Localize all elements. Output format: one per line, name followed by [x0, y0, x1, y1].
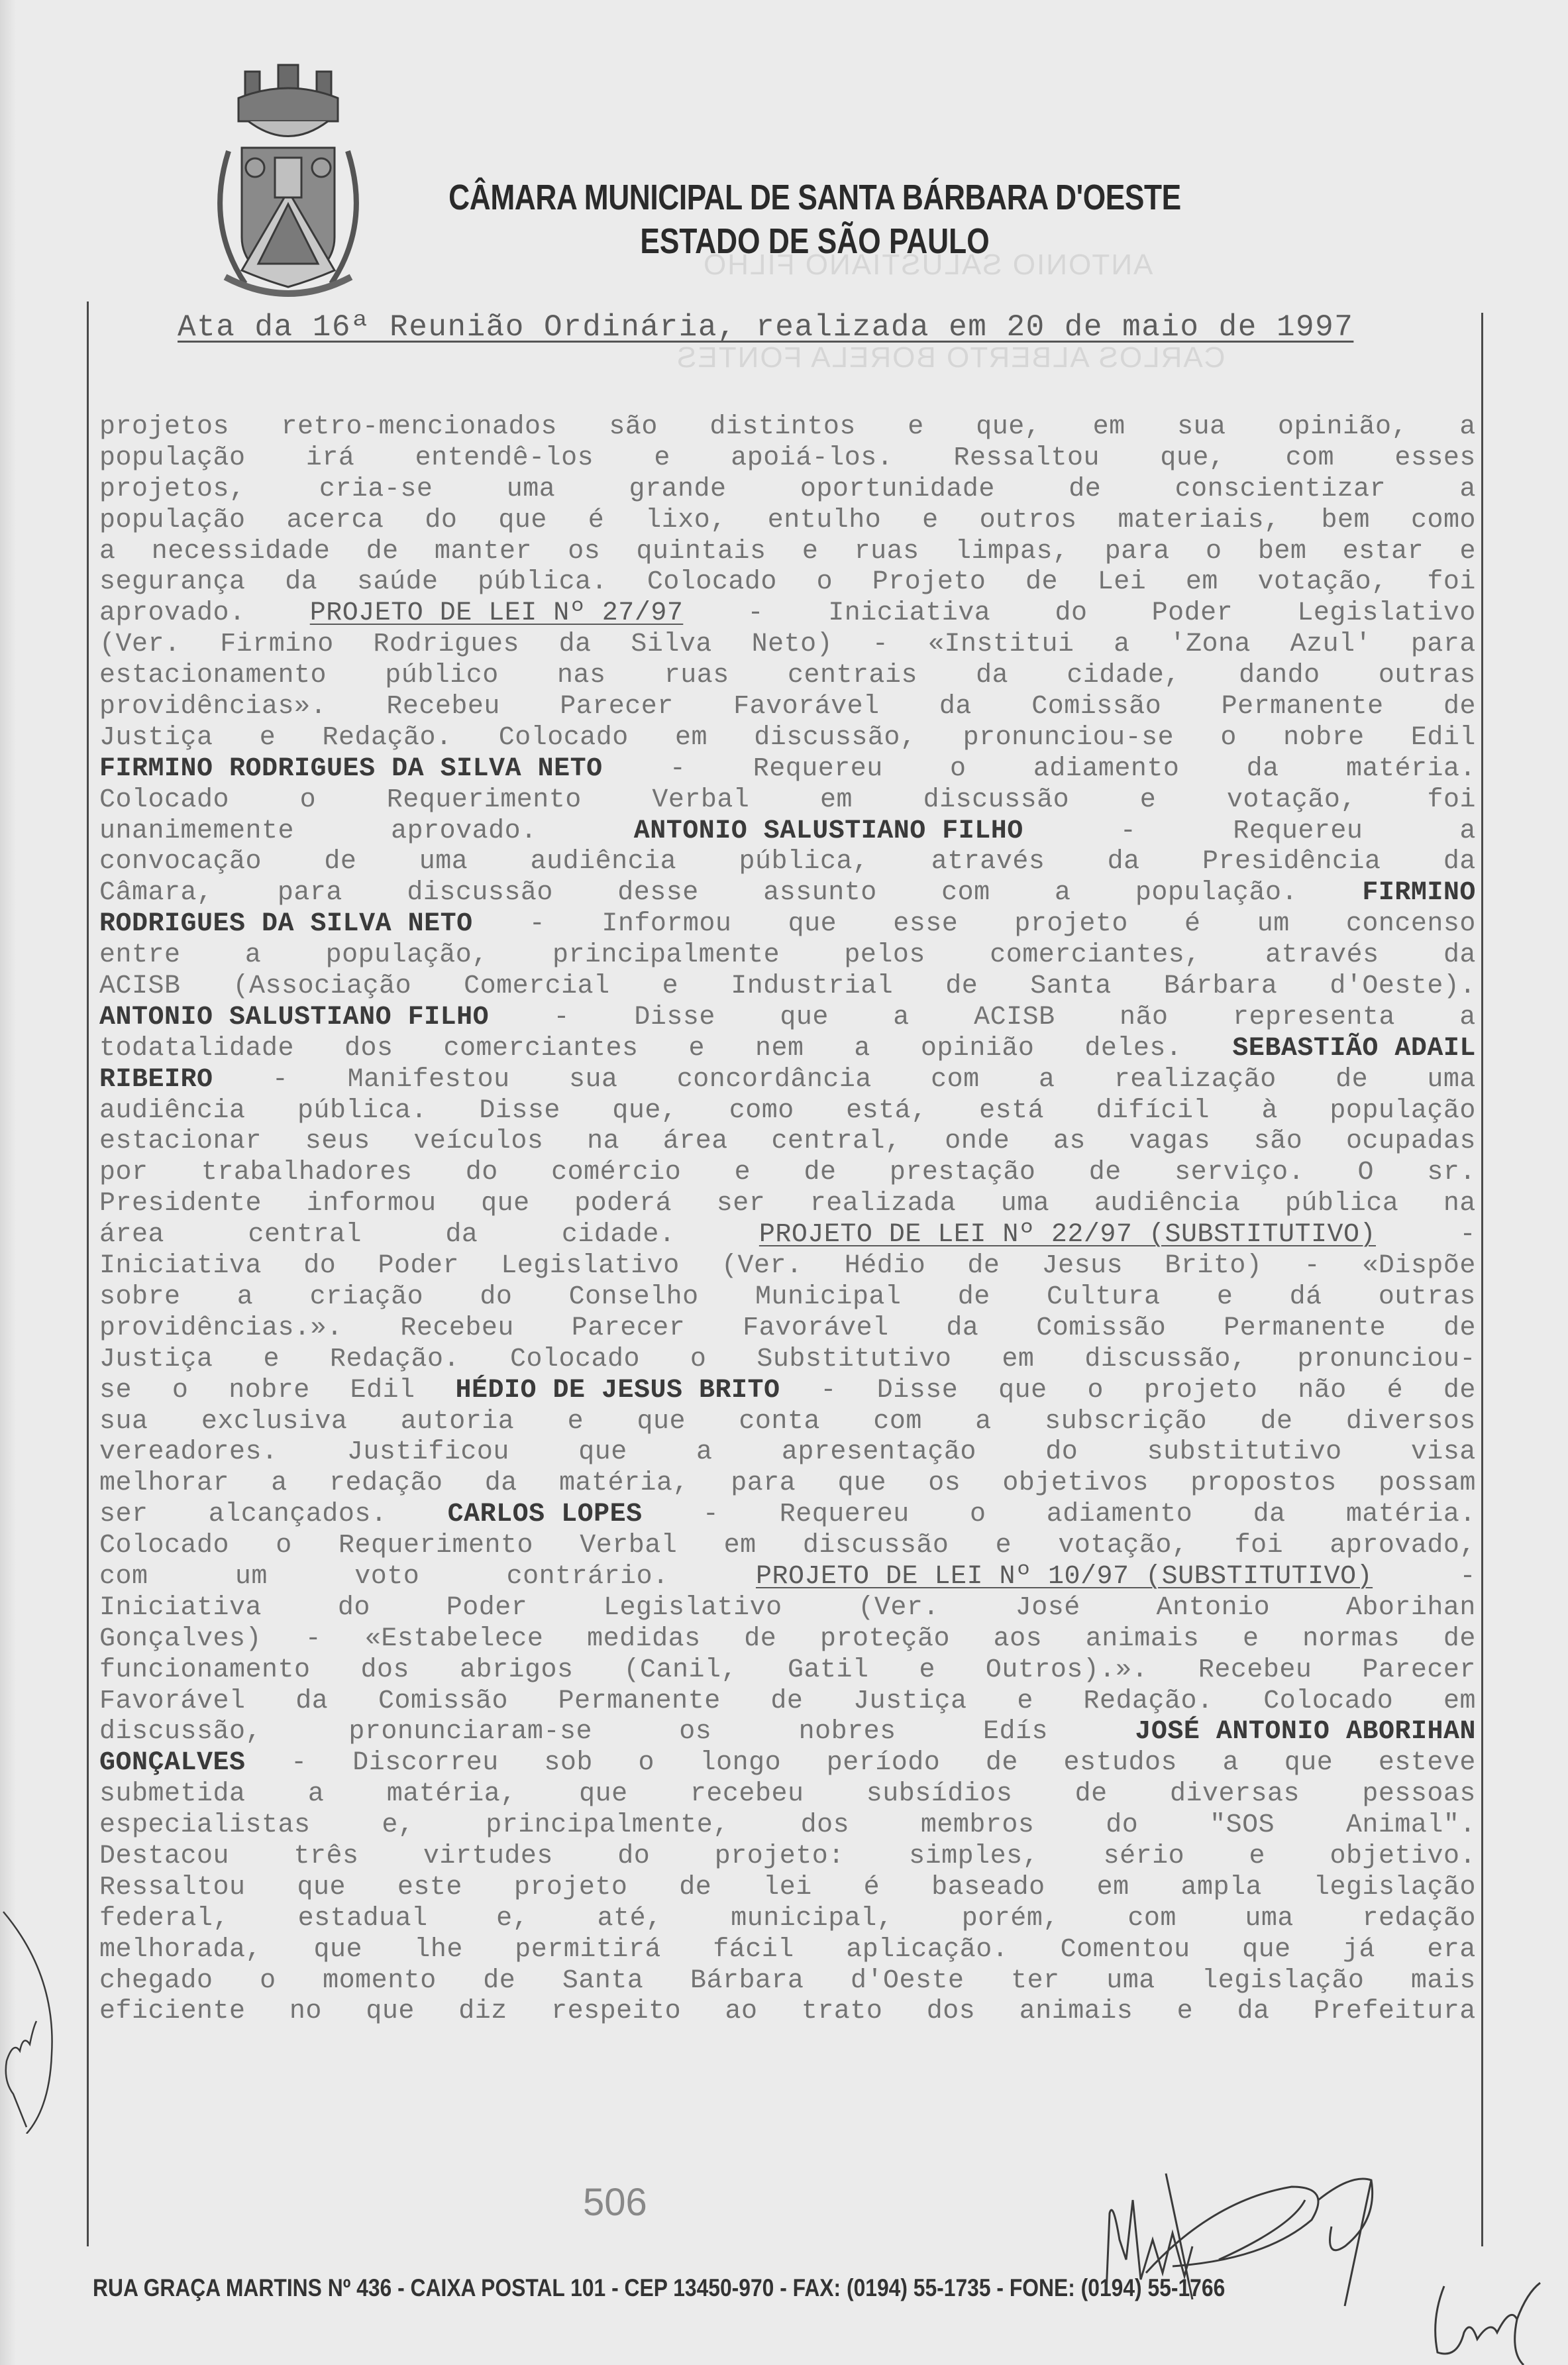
- word: projeto: [514, 1873, 628, 1904]
- word: virtudes: [423, 1842, 553, 1873]
- word: outras: [1379, 661, 1476, 692]
- word: e: [568, 1407, 584, 1438]
- word: funcionamento: [99, 1655, 311, 1686]
- word: deles.: [1084, 1034, 1182, 1065]
- word: convocação: [99, 847, 262, 878]
- word: opinião: [921, 1034, 1035, 1065]
- word: que: [366, 1997, 415, 2028]
- word: Edís: [983, 1717, 1048, 1748]
- word: Recebeu: [386, 692, 500, 723]
- word: aprovado.: [99, 598, 246, 630]
- word: a: [1459, 412, 1476, 443]
- word: respeito: [551, 1997, 681, 2028]
- word: e: [263, 1345, 280, 1376]
- word: (Ver.: [99, 630, 181, 661]
- word: Requereu: [1233, 816, 1363, 848]
- word: e,: [382, 1810, 414, 1842]
- word: são: [1254, 1127, 1303, 1158]
- word: audiência: [531, 847, 677, 878]
- word: comércio: [551, 1158, 681, 1189]
- word: ruas: [664, 661, 729, 692]
- word: Requereu: [780, 1500, 910, 1531]
- text-line: projetos,cria-seumagrandeoportunidadedec…: [99, 474, 1476, 506]
- text-line: entreapopulação,principalmentepeloscomer…: [99, 940, 1476, 971]
- word: ruas: [855, 537, 919, 568]
- word: Bárbara: [690, 1966, 804, 1997]
- word: realização: [1114, 1065, 1277, 1096]
- word: Informou: [601, 909, 731, 940]
- word: redação: [329, 1468, 443, 1500]
- word: diversos: [1346, 1407, 1476, 1438]
- word: Disse: [877, 1376, 959, 1407]
- word: substitutivo: [1147, 1437, 1342, 1468]
- text-line: Destacoutrêsvirtudesdoprojeto:simples,sé…: [99, 1842, 1476, 1873]
- text-line: Câmara,paradiscussãodesseassuntocomapopu…: [99, 878, 1476, 909]
- text-line: comumvotocontrário.PROJETO DE LEI Nº 10/…: [99, 1562, 1476, 1593]
- text-line: sobreacriaçãodoConselhoMunicipaldeCultur…: [99, 1282, 1476, 1313]
- word: «Estabelece: [365, 1624, 544, 1655]
- word: de: [1443, 692, 1476, 723]
- text-line: anecessidadedemanterosquintaiseruaslimpa…: [99, 537, 1476, 568]
- word: com: [931, 1065, 980, 1096]
- word: do: [1045, 1437, 1078, 1468]
- text-line: populaçãoiráentendê-loseapoiá-los.Ressal…: [99, 443, 1476, 474]
- word: área: [99, 1220, 164, 1251]
- word: da: [295, 1686, 328, 1718]
- speaker-name: CARLOS LOPES: [448, 1500, 643, 1531]
- word: Justiça: [99, 1345, 213, 1376]
- word: a: [696, 1437, 713, 1468]
- word: Legislativo: [501, 1251, 680, 1282]
- word: pronunciou-se: [963, 723, 1175, 754]
- word: discussão: [803, 1531, 949, 1562]
- word: cria-se: [319, 474, 433, 506]
- word: estacionamento: [99, 661, 327, 692]
- word: «Institui: [928, 630, 1074, 661]
- word: de: [804, 1158, 836, 1189]
- word: ao: [725, 1997, 758, 2028]
- word: de: [1260, 1407, 1292, 1438]
- word: Discorreu: [352, 1748, 499, 1779]
- word: Presidente: [99, 1189, 262, 1220]
- word: redação: [1362, 1904, 1476, 1935]
- word: seus: [305, 1127, 370, 1158]
- word: melhorada,: [99, 1935, 262, 1966]
- word: de: [1443, 1624, 1476, 1655]
- text-line: FavoráveldaComissãoPermanentedeJustiçaeR…: [99, 1686, 1476, 1718]
- word: pública: [1285, 1189, 1399, 1220]
- word: do: [303, 1251, 336, 1282]
- word: apresentação: [782, 1437, 976, 1468]
- text-line: discussão,pronunciaram-seosnobresEdísJOS…: [99, 1717, 1476, 1748]
- word: o: [300, 785, 317, 816]
- word: Cultura: [1047, 1282, 1161, 1313]
- word: que: [1284, 1748, 1333, 1779]
- word: lei: [763, 1873, 812, 1904]
- word: em: [820, 785, 853, 816]
- word: uma: [1001, 1189, 1050, 1220]
- coat-of-arms-icon: [199, 58, 378, 300]
- word: Brito): [1165, 1251, 1262, 1282]
- word: da: [559, 630, 592, 661]
- word: a: [975, 1407, 992, 1438]
- word: que: [498, 506, 547, 537]
- word: Presidência: [1202, 847, 1381, 878]
- institution-name: CÂMARA MUNICIPAL DE SANTA BÁRBARA D'OEST…: [440, 176, 1190, 219]
- text-line: populaçãoacercadoqueélixo,entulhoeoutros…: [99, 506, 1476, 537]
- word: está,: [846, 1096, 927, 1127]
- word: Parecer: [1362, 1655, 1476, 1686]
- word: manter: [435, 537, 532, 568]
- word: principalmente,: [486, 1810, 729, 1842]
- word: Recebeu: [400, 1313, 514, 1345]
- text-line: eficientenoquedizrespeitoaotratodosanima…: [99, 1997, 1476, 2028]
- text-line: submetidaamatéria,querecebeusubsídiosded…: [99, 1779, 1476, 1810]
- word: difícil: [1096, 1096, 1210, 1127]
- word: Favorável: [743, 1313, 889, 1345]
- word: Comercial: [464, 971, 610, 1003]
- word: estacionar: [99, 1127, 262, 1158]
- word: ser: [717, 1189, 766, 1220]
- word: distintos: [709, 412, 856, 443]
- word: Ressaltou: [99, 1873, 246, 1904]
- word: normas: [1302, 1624, 1400, 1655]
- text-line: vereadores.Justificouqueaapresentaçãodos…: [99, 1437, 1476, 1468]
- word: que: [481, 1189, 530, 1220]
- word: não: [1120, 1003, 1169, 1034]
- word: Parecer: [560, 692, 674, 723]
- initials-icon: [1418, 2280, 1550, 2365]
- word: através: [1265, 940, 1379, 971]
- word: permitirá: [515, 1935, 661, 1966]
- word: Justiça: [853, 1686, 967, 1718]
- word: Edil: [1411, 723, 1476, 754]
- word: Verbal: [580, 1531, 677, 1562]
- word: da: [1443, 847, 1476, 878]
- word: baseado: [931, 1873, 1045, 1904]
- word: pública.: [297, 1096, 427, 1127]
- word: projeto:: [715, 1842, 845, 1873]
- page-border-left: [87, 302, 89, 2246]
- word: em: [1093, 412, 1125, 443]
- word: e: [802, 537, 819, 568]
- word: Neto): [752, 630, 833, 661]
- word: melhorar: [99, 1468, 229, 1500]
- word: vereadores.: [99, 1437, 278, 1468]
- word: Azul': [1290, 630, 1372, 661]
- word: da: [1247, 754, 1279, 785]
- text-line: RIBEIRO-Manifestousuaconcordânciacomarea…: [99, 1065, 1476, 1096]
- speaker-name: GONÇALVES: [99, 1748, 246, 1779]
- word: ampla: [1181, 1873, 1263, 1904]
- bill-heading: PROJETO DE LEI Nº 22/97 (SUBSTITUTIVO): [759, 1220, 1376, 1251]
- word: proteção: [820, 1624, 950, 1655]
- speaker-name: ANTONIO SALUSTIANO FILHO: [634, 816, 1023, 848]
- word: a: [271, 1468, 287, 1500]
- word: outros: [980, 506, 1077, 537]
- word: -: [553, 1003, 570, 1034]
- word: medidas: [587, 1624, 701, 1655]
- word: de: [1089, 1158, 1122, 1189]
- word: comerciantes,: [990, 940, 1201, 971]
- word: a: [308, 1779, 325, 1810]
- word: projeto: [1014, 909, 1128, 940]
- word: porém,: [962, 1904, 1059, 1935]
- word: público: [385, 661, 499, 692]
- text-line: seonobreEdilHÉDIO DE JESUS BRITO-Dissequ…: [99, 1376, 1476, 1407]
- bleed-through-text: CARLOS ALBERTO BORELA FONTES: [676, 341, 1226, 374]
- word: Comissão: [1031, 692, 1161, 723]
- text-line: todatalidadedoscomerciantesenemaopiniãod…: [99, 1034, 1476, 1065]
- word: Poder: [446, 1593, 528, 1624]
- word: e: [1177, 1997, 1194, 2028]
- word: Colocado: [647, 567, 777, 598]
- word: assunto: [763, 878, 877, 909]
- word: todatalidade: [99, 1034, 294, 1065]
- word: Santa: [1030, 971, 1112, 1003]
- word: uma: [419, 847, 468, 878]
- word: da: [1237, 1997, 1269, 2028]
- text-line: aprovado.PROJETO DE LEI Nº 27/97-Iniciat…: [99, 598, 1476, 630]
- word: para: [278, 878, 342, 909]
- word: aprovado.: [391, 816, 537, 848]
- word: foi: [1235, 1531, 1284, 1562]
- word: concenso: [1346, 909, 1476, 940]
- word: da: [445, 1220, 478, 1251]
- text-line: suaexclusivaautoriaequecontacomasubscriç…: [99, 1407, 1476, 1438]
- word: até,: [598, 1904, 662, 1935]
- word: Conselho: [569, 1282, 699, 1313]
- word: subsídios: [866, 1779, 1013, 1810]
- word: federal,: [99, 1904, 229, 1935]
- speaker-name: ANTONIO SALUSTIANO FILHO: [99, 1003, 489, 1034]
- word: Substitutivo: [757, 1345, 951, 1376]
- word: com: [941, 878, 990, 909]
- word: quintais: [637, 537, 766, 568]
- word: -: [305, 1624, 322, 1655]
- word: pronunciou-: [1297, 1345, 1476, 1376]
- word: já: [1343, 1935, 1375, 1966]
- word: Antonio: [1157, 1593, 1271, 1624]
- word: sob: [544, 1748, 593, 1779]
- word: -: [1304, 1251, 1321, 1282]
- word: o: [276, 1531, 292, 1562]
- word: aplicação.: [846, 1935, 1008, 1966]
- word: que: [313, 1935, 362, 1966]
- word: Aborihan: [1346, 1593, 1476, 1624]
- word: da: [1443, 940, 1476, 971]
- word: Requereu: [753, 754, 883, 785]
- word: Requerimento: [387, 785, 582, 816]
- word: Colocado: [99, 1531, 229, 1562]
- word: bem: [1322, 506, 1371, 537]
- word: audiência: [1094, 1189, 1241, 1220]
- word: Colocado: [499, 723, 629, 754]
- word: Parecer: [572, 1313, 686, 1345]
- word: Ressaltou: [954, 443, 1100, 474]
- word: autoria: [401, 1407, 515, 1438]
- speaker-name: RIBEIRO: [99, 1065, 213, 1096]
- word: bem: [1258, 537, 1307, 568]
- word: a: [1459, 474, 1476, 506]
- word: e: [260, 723, 276, 754]
- word: trato: [802, 1997, 883, 2028]
- word: (Associação: [233, 971, 412, 1003]
- word: Colocado: [99, 785, 229, 816]
- word: da: [285, 567, 317, 598]
- text-line: Presidenteinformouquepoderáserrealizadau…: [99, 1189, 1476, 1220]
- word: Recebeu: [1198, 1655, 1312, 1686]
- word: Permanente: [558, 1686, 721, 1718]
- word: Comentou: [1061, 1935, 1190, 1966]
- word: Disse: [479, 1096, 560, 1127]
- word: com: [873, 1407, 922, 1438]
- word: na: [1443, 1189, 1476, 1220]
- word: que: [788, 909, 837, 940]
- word: esses: [1394, 443, 1476, 474]
- word: objetivos: [1002, 1468, 1149, 1500]
- word: Legislativo: [1297, 598, 1476, 630]
- word: -: [748, 598, 764, 630]
- word: onde: [945, 1127, 1010, 1158]
- word: submetida: [99, 1779, 246, 1810]
- text-line: estacionamentopúbliconasruascentraisdaci…: [99, 661, 1476, 692]
- word: -: [1120, 816, 1137, 848]
- word: abrigos: [460, 1655, 574, 1686]
- word: a: [893, 1003, 910, 1034]
- word: matéria.: [1346, 1500, 1476, 1531]
- word: a: [1114, 630, 1130, 661]
- word: são: [609, 412, 658, 443]
- word: do: [425, 506, 457, 537]
- word: veículos: [413, 1127, 543, 1158]
- word: que,: [976, 412, 1041, 443]
- text-line: providências.».RecebeuParecerFavorávelda…: [99, 1313, 1476, 1345]
- word: animais: [1019, 1997, 1133, 2028]
- word: era: [1427, 1935, 1476, 1966]
- word: de: [1443, 1376, 1476, 1407]
- word: adiamento: [1033, 754, 1180, 785]
- word: de: [366, 537, 399, 568]
- word: de: [679, 1873, 711, 1904]
- word: do: [466, 1158, 498, 1189]
- word: ter: [1011, 1966, 1060, 1997]
- word: -: [529, 909, 546, 940]
- text-line: especialistase,principalmente,dosmembros…: [99, 1810, 1476, 1842]
- word: matéria,: [559, 1468, 689, 1500]
- word: matéria,: [387, 1779, 517, 1810]
- word: e: [1217, 1282, 1233, 1313]
- word: José: [1016, 1593, 1080, 1624]
- word: lhe: [414, 1935, 463, 1966]
- word: pessoas: [1362, 1779, 1476, 1810]
- word: saúde: [357, 567, 439, 598]
- word: animais: [1086, 1624, 1200, 1655]
- word: que,: [1160, 443, 1225, 474]
- word: no: [289, 1997, 322, 2028]
- word: é: [1184, 909, 1201, 940]
- page-number: 506: [583, 2180, 647, 2225]
- word: a: [237, 1282, 254, 1313]
- word: conta: [739, 1407, 820, 1438]
- word: acerca: [286, 506, 384, 537]
- word: os: [568, 537, 600, 568]
- word: entendê-los: [415, 443, 594, 474]
- word: à: [1261, 1096, 1278, 1127]
- word: do: [1055, 598, 1087, 630]
- bleed-through-text: ANTONIO SALUSTIANO FILHO: [702, 248, 1153, 282]
- text-line: chegadoomomentodeSantaBárbarad'Oesteteru…: [99, 1966, 1476, 1997]
- word: Verbal: [652, 785, 749, 816]
- word: da: [939, 692, 972, 723]
- word: votação,: [1258, 567, 1388, 598]
- word: o: [639, 1748, 655, 1779]
- speaker-name: RODRIGUES DA SILVA NETO: [99, 909, 473, 940]
- word: diversas: [1170, 1779, 1300, 1810]
- word: (Canil,: [623, 1655, 737, 1686]
- word: da: [485, 1468, 517, 1500]
- word: Bárbara: [1164, 971, 1278, 1003]
- word: nem: [755, 1034, 804, 1065]
- word: conscientizar: [1175, 474, 1386, 506]
- word: criação: [310, 1282, 424, 1313]
- word: pelos: [844, 940, 925, 971]
- word: (Ver.: [858, 1593, 939, 1624]
- word: estadual: [298, 1904, 428, 1935]
- word: de: [483, 1966, 515, 1997]
- word: legislação: [1314, 1873, 1476, 1904]
- word: O: [1357, 1158, 1374, 1189]
- word: Destacou: [99, 1842, 229, 1873]
- word: Iniciativa: [99, 1251, 262, 1282]
- word: discussão,: [754, 723, 916, 754]
- word: Silva: [631, 630, 712, 661]
- text-line: unanimementeaprovado.ANTONIO SALUSTIANO …: [99, 816, 1476, 848]
- word: os: [928, 1468, 961, 1500]
- word: período: [827, 1748, 941, 1779]
- word: ACISB: [99, 971, 181, 1003]
- word: e: [908, 412, 924, 443]
- text-line: JustiçaeRedação.Colocadoemdiscussão,pron…: [99, 723, 1476, 754]
- word: as: [1053, 1127, 1086, 1158]
- footer-address: RUA GRAÇA MARTINS Nº 436 - CAIXA POSTAL …: [93, 2274, 1289, 2302]
- word: 'Zona: [1169, 630, 1251, 661]
- word: um: [1257, 909, 1290, 940]
- word: a: [245, 940, 262, 971]
- word: foi: [1427, 785, 1476, 816]
- word: propostos: [1190, 1468, 1337, 1500]
- word: do: [338, 1593, 370, 1624]
- word: Edil: [350, 1376, 415, 1407]
- word: da: [946, 1313, 978, 1345]
- word: da: [1108, 847, 1140, 878]
- word: de: [1069, 474, 1101, 506]
- word: ser: [99, 1500, 148, 1531]
- word: o: [970, 1500, 986, 1531]
- word: legislação: [1202, 1966, 1364, 1997]
- word: vagas: [1129, 1127, 1211, 1158]
- word: a: [854, 1034, 870, 1065]
- word: discussão: [407, 878, 553, 909]
- word: «Dispõe: [1362, 1251, 1476, 1282]
- word: necessidade: [152, 537, 331, 568]
- word: a: [1459, 1003, 1476, 1034]
- word: de: [1075, 1779, 1108, 1810]
- word: d'Oeste).: [1330, 971, 1476, 1003]
- word: dos: [344, 1034, 393, 1065]
- word: através: [931, 847, 1045, 878]
- text-line: funcionamentodosabrigos(Canil,GatileOutr…: [99, 1655, 1476, 1686]
